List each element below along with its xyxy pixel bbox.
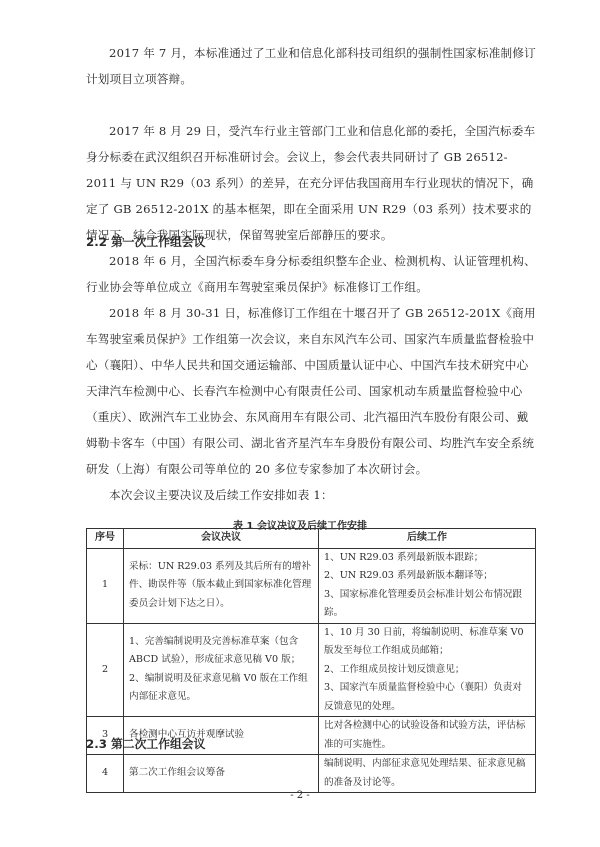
decision-cell: 第二次工作组会议筹备 — [124, 755, 319, 793]
table-row: 2 1、完善编制说明及完善标准草案（包含 ABCD 试验），形成征求意见稿 V0… — [87, 623, 536, 717]
paragraph-working-group-formed: 2018 年 6 月，全国汽标委车身分标委组织整车企业、检测机构、认证管理机构、… — [86, 248, 538, 300]
followup-item: 1、UN R29.03 系列最新版本跟踪； — [324, 549, 530, 568]
followup-item: 编制说明、内部征求意见处理结果、征求意见稿的准备及讨论等。 — [324, 755, 530, 792]
followup-item: 3、国家标准化管理委员会标准计划公布情况跟踪。 — [324, 586, 530, 623]
decision-text: 2、编制说明及征求意见稿 V0 版在工作组内部征求意见。 — [129, 670, 313, 707]
paragraph-first-meeting: 2018 年 8 月 30-31 日，标准修订工作组在十堰召开了 GB 2651… — [86, 300, 538, 482]
resolutions-table: 序号 会议决议 后续工作 1 采标：UN R29.03 系列及其后所有的增补件、… — [86, 528, 536, 793]
decision-text: 采标：UN R29.03 系列及其后所有的增补件、勘误件等（版本截止到国家标准化… — [129, 558, 313, 614]
decision-text: 第二次工作组会议筹备 — [129, 764, 313, 783]
table-header-row: 序号 会议决议 后续工作 — [87, 529, 536, 549]
table-row: 4 第二次工作组会议筹备 编制说明、内部征求意见处理结果、征求意见稿的准备及讨论… — [87, 755, 536, 793]
paragraph-table-intro: 本次会议主要决议及后续工作安排如表 1： — [86, 482, 538, 508]
decision-cell: 1、完善编制说明及完善标准草案（包含 ABCD 试验），形成征求意见稿 V0 版… — [124, 623, 319, 717]
table-row: 1 采标：UN R29.03 系列及其后所有的增补件、勘误件等（版本截止到国家标… — [87, 548, 536, 623]
page-number: - 2 - — [0, 790, 600, 801]
decision-text: 1、完善编制说明及完善标准草案（包含 ABCD 试验），形成征求意见稿 V0 版… — [129, 633, 313, 670]
row-number: 2 — [87, 623, 124, 717]
followup-item: 比对各检测中心的试验设备和试验方法，评估标准的可实施性。 — [324, 717, 530, 754]
followup-cell: 1、10 月 30 日前，将编制说明、标准草案 V0 版发至每位工作组成员邮箱；… — [319, 623, 536, 717]
row-number: 4 — [87, 755, 124, 793]
column-header-number: 序号 — [87, 529, 124, 549]
followup-item: 2、工作组成员按计划反馈意见； — [324, 661, 530, 680]
column-header-followup: 后续工作 — [319, 529, 536, 549]
followup-cell: 编制说明、内部征求意见处理结果、征求意见稿的准备及讨论等。 — [319, 755, 536, 793]
followup-item: 3、国家汽车质量监督检验中心（襄阳）负责对反馈意见的处理。 — [324, 679, 530, 716]
row-number: 1 — [87, 548, 124, 623]
decision-cell: 采标：UN R29.03 系列及其后所有的增补件、勘误件等（版本截止到国家标准化… — [124, 548, 319, 623]
followup-cell: 比对各检测中心的试验设备和试验方法，评估标准的可实施性。 — [319, 717, 536, 755]
column-header-decision: 会议决议 — [124, 529, 319, 549]
followup-item: 2、UN R29.03 系列最新版本翻译等； — [324, 567, 530, 586]
paragraph-project-approval: 2017 年 7 月，本标准通过了工业和信息化部科技司组织的强制性国家标准制修订… — [86, 40, 538, 92]
followup-cell: 1、UN R29.03 系列最新版本跟踪； 2、UN R29.03 系列最新版本… — [319, 548, 536, 623]
section-heading-2-3: 2.3 第二次工作组会议 — [86, 735, 205, 752]
followup-item: 1、10 月 30 日前，将编制说明、标准草案 V0 版发至每位工作组成员邮箱； — [324, 624, 530, 661]
document-page: 2017 年 7 月，本标准通过了工业和信息化部科技司组织的强制性国家标准制修订… — [0, 0, 600, 847]
paragraph-wuhan-seminar: 2017 年 8 月 29 日，受汽车行业主管部门工业和信息化部的委托，全国汽标… — [86, 118, 538, 248]
